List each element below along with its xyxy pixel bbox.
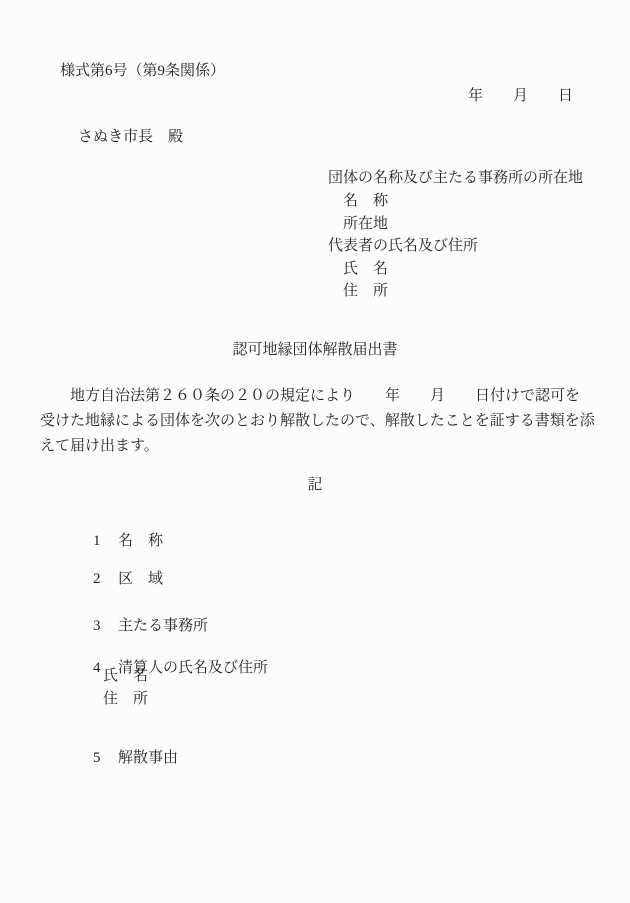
form-number: 様式第6号（第9条関係） xyxy=(60,64,225,79)
list-item-dissolution-reason: 5解散事由 xyxy=(78,736,178,781)
document-page: 様式第6号（第9条関係） 年 月 日 さぬき市長 殿 団体の名称及び主たる事務所… xyxy=(0,0,630,903)
item-number: 5 xyxy=(93,751,118,766)
liquidator-address-label: 住 所 xyxy=(103,692,148,707)
item-number: 1 xyxy=(93,534,118,549)
item-number: 2 xyxy=(93,572,118,587)
item-label: 名 称 xyxy=(118,533,163,549)
document-title: 認可地縁団体解散届出書 xyxy=(0,343,630,358)
list-item-principal-office: 3主たる事務所 xyxy=(78,604,208,649)
applicant-org-name-address-heading: 団体の名称及び主たる事務所の所在地 xyxy=(328,171,583,186)
representative-name-address-heading: 代表者の氏名及び住所 xyxy=(328,239,478,254)
ki-section-heading: 記 xyxy=(0,478,630,493)
liquidator-name-label: 氏 名 xyxy=(103,669,148,684)
list-item-area: 2区 域 xyxy=(78,557,163,602)
representative-name-label: 氏 名 xyxy=(328,262,388,277)
item-number: 3 xyxy=(93,619,118,634)
addressee-line: さぬき市長 殿 xyxy=(78,130,183,145)
date-line: 年 月 日 xyxy=(468,89,573,104)
applicant-org-name-label: 名 称 xyxy=(328,194,388,209)
item-label: 解散事由 xyxy=(118,750,178,766)
representative-address-label: 住 所 xyxy=(328,284,388,299)
body-paragraph: 地方自治法第２６０条の２０の規定により 年 月 日付けで認可を 受けた地縁による… xyxy=(40,384,625,459)
item-label: 区 域 xyxy=(118,571,163,587)
applicant-org-address-label: 所在地 xyxy=(328,217,388,232)
item-label: 主たる事務所 xyxy=(118,618,208,634)
